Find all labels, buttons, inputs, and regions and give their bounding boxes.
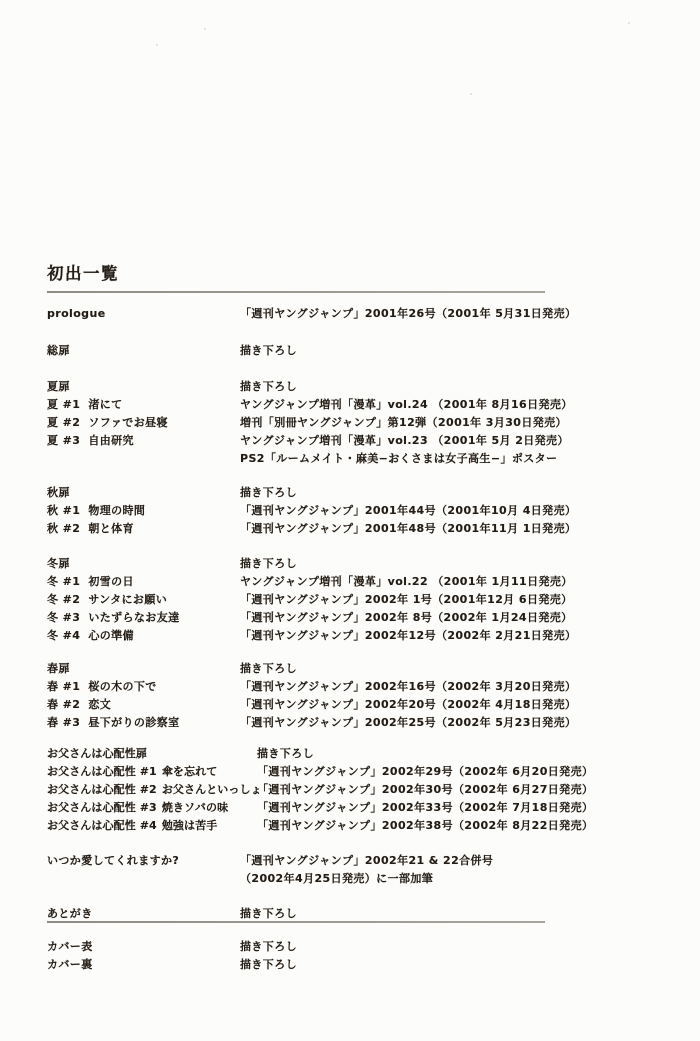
entry-label: お父さんは心配性扉 bbox=[47, 745, 147, 763]
entry-left-cell: prologue bbox=[47, 305, 240, 323]
entry-left-cell: お父さんは心配性 #4 勉強は苦手 bbox=[47, 817, 257, 835]
entry-label: 春 #1 bbox=[47, 678, 80, 696]
list-row: お父さんは心配性 #3 焼きソバの味 「週刊ヤングジャンプ」2002年33号（2… bbox=[47, 799, 547, 817]
entry-source: 「週刊ヤングジャンプ」2001年44号（2001年10月 4日発売） bbox=[240, 502, 547, 520]
source-line: 描き下ろし bbox=[240, 956, 547, 974]
scanned-book-page: 初出一覧 prologue 「週刊ヤングジャンプ」2001年26号（2001年 … bbox=[0, 0, 700, 1041]
source-line: 「週刊ヤングジャンプ」2001年26号（2001年 5月31日発売） bbox=[240, 305, 547, 323]
entry-source: 描き下ろし bbox=[240, 342, 547, 360]
source-line: 「週刊ヤングジャンプ」2002年 1号（2001年12月 6日発売） bbox=[240, 591, 547, 609]
source-line: ヤングジャンプ増刊「漫革」vol.23 （2001年 5月 2日発売） bbox=[240, 432, 547, 450]
list-row: 春 #1 桜の木の下で 「週刊ヤングジャンプ」2002年16号（2002年 3月… bbox=[47, 678, 547, 696]
list-row: 春 #2 恋文 「週刊ヤングジャンプ」2002年20号（2002年 4月18日発… bbox=[47, 696, 547, 714]
entry-source: 描き下ろし bbox=[240, 660, 547, 678]
entry-left-cell: お父さんは心配性扉 bbox=[47, 745, 257, 763]
entry-label: 冬 #2 bbox=[47, 591, 80, 609]
entry-left-cell: カバー裏 bbox=[47, 956, 240, 974]
entry-source: ヤングジャンプ増刊「漫革」vol.22 （2001年 1月11日発売） bbox=[240, 573, 547, 591]
entry-left-cell: あとがき bbox=[47, 905, 240, 923]
source-line: 「週刊ヤングジャンプ」2001年48号（2001年11月 1日発売） bbox=[240, 520, 547, 538]
entry-subtitle: 初雪の日 bbox=[88, 573, 134, 591]
source-line: （2002年4月25日発売）に一部加筆 bbox=[240, 870, 547, 888]
entry-label: お父さんは心配性 #3 bbox=[47, 799, 157, 817]
list-group: 冬扉 描き下ろし 冬 #1 初雪の日 ヤングジャンプ増刊「漫革」vol.22 （… bbox=[47, 555, 547, 645]
source-line: 描き下ろし bbox=[240, 938, 547, 956]
entry-source: 描き下ろし bbox=[240, 378, 547, 396]
source-line: 「週刊ヤングジャンプ」2001年44号（2001年10月 4日発売） bbox=[240, 502, 547, 520]
entry-label: 夏 #3 bbox=[47, 432, 80, 450]
entry-left-cell: 冬 #3 いたずらなお友達 bbox=[47, 609, 240, 627]
entry-left-cell: 冬 #1 初雪の日 bbox=[47, 573, 240, 591]
list-group: prologue 「週刊ヤングジャンプ」2001年26号（2001年 5月31日… bbox=[47, 305, 547, 323]
source-line: PS2「ルームメイト・麻美−おくさまは女子高生−」ポスター bbox=[240, 450, 547, 468]
page-title: 初出一覧 bbox=[47, 264, 547, 284]
list-row: いつか愛してくれますか? 「週刊ヤングジャンプ」2002年21 & 22合併号（… bbox=[47, 852, 547, 888]
entry-source: 増刊「別冊ヤングジャンプ」第12弾（2001年 3月30日発売） bbox=[240, 414, 547, 432]
list-row: 冬 #4 心の準備 「週刊ヤングジャンプ」2002年12号（2002年 2月21… bbox=[47, 627, 547, 645]
source-line: 増刊「別冊ヤングジャンプ」第12弾（2001年 3月30日発売） bbox=[240, 414, 547, 432]
list-row: あとがき 描き下ろし bbox=[47, 905, 547, 923]
source-line: 「週刊ヤングジャンプ」2002年20号（2002年 4月18日発売） bbox=[240, 696, 547, 714]
entry-left-cell: 夏 #2 ソファでお昼寝 bbox=[47, 414, 240, 432]
source-line: 描き下ろし bbox=[240, 660, 547, 678]
entry-source: 「週刊ヤングジャンプ」2002年20号（2002年 4月18日発売） bbox=[240, 696, 547, 714]
entry-subtitle: 恋文 bbox=[88, 696, 111, 714]
list-group: 総扉 描き下ろし bbox=[47, 342, 547, 360]
source-line: 「週刊ヤングジャンプ」2002年30号（2002年 6月27日発売） bbox=[257, 781, 547, 799]
entry-label: 夏 #2 bbox=[47, 414, 80, 432]
list-row: カバー表 描き下ろし bbox=[47, 938, 547, 956]
entry-label: 春 #2 bbox=[47, 696, 80, 714]
title-divider bbox=[47, 291, 545, 293]
entry-label: 冬扉 bbox=[47, 555, 70, 573]
entry-label: prologue bbox=[47, 305, 106, 323]
entry-source: 描き下ろし bbox=[257, 745, 547, 763]
source-line: ヤングジャンプ増刊「漫革」vol.22 （2001年 1月11日発売） bbox=[240, 573, 547, 591]
list-row: prologue 「週刊ヤングジャンプ」2001年26号（2001年 5月31日… bbox=[47, 305, 547, 323]
entry-source: 「週刊ヤングジャンプ」2002年33号（2002年 7月18日発売） bbox=[257, 799, 547, 817]
list-footer: カバー表 描き下ろし カバー裏 描き下ろし bbox=[47, 938, 547, 974]
entry-source: 「週刊ヤングジャンプ」2002年25号（2002年 5月23日発売） bbox=[240, 714, 547, 732]
entry-subtitle: ソファでお昼寝 bbox=[88, 414, 168, 432]
list-row: 夏 #3 自由研究 ヤングジャンプ増刊「漫革」vol.23 （2001年 5月 … bbox=[47, 432, 547, 468]
entry-source: 描き下ろし bbox=[240, 484, 547, 502]
source-line: 描き下ろし bbox=[240, 342, 547, 360]
entry-label: お父さんは心配性 #1 bbox=[47, 763, 157, 781]
source-line: 「週刊ヤングジャンプ」2002年25号（2002年 5月23日発売） bbox=[240, 714, 547, 732]
entry-subtitle: 勉強は苦手 bbox=[162, 817, 218, 835]
scan-speck bbox=[204, 28, 206, 30]
list-row: 総扉 描き下ろし bbox=[47, 342, 547, 360]
entry-label: 冬 #1 bbox=[47, 573, 80, 591]
entry-left-cell: 秋 #2 朝と体育 bbox=[47, 520, 240, 538]
entry-label: 夏 #1 bbox=[47, 396, 80, 414]
list-group: 秋扉 描き下ろし 秋 #1 物理の時間 「週刊ヤングジャンプ」2001年44号（… bbox=[47, 484, 547, 538]
entry-label: 冬 #3 bbox=[47, 609, 80, 627]
entry-left-cell: 夏 #1 渚にて bbox=[47, 396, 240, 414]
list-row: 秋 #1 物理の時間 「週刊ヤングジャンプ」2001年44号（2001年10月 … bbox=[47, 502, 547, 520]
entry-label: いつか愛してくれますか? bbox=[47, 852, 179, 870]
list-row: 冬扉 描き下ろし bbox=[47, 555, 547, 573]
entry-left-cell: 夏扉 bbox=[47, 378, 240, 396]
list-row: お父さんは心配性扉 描き下ろし bbox=[47, 745, 547, 763]
entry-label: 秋扉 bbox=[47, 484, 70, 502]
entry-left-cell: 春扉 bbox=[47, 660, 240, 678]
entry-left-cell: カバー表 bbox=[47, 938, 240, 956]
entry-subtitle: 昼下がりの診察室 bbox=[88, 714, 179, 732]
list-group: あとがき 描き下ろし bbox=[47, 905, 547, 923]
entry-source: ヤングジャンプ増刊「漫革」vol.24 （2001年 8月16日発売） bbox=[240, 396, 547, 414]
entry-subtitle: いたずらなお友達 bbox=[88, 609, 179, 627]
entry-left-cell: 秋 #1 物理の時間 bbox=[47, 502, 240, 520]
entry-left-cell: 冬扉 bbox=[47, 555, 240, 573]
source-line: 「週刊ヤングジャンプ」2002年21 & 22合併号 bbox=[240, 852, 547, 870]
list-group: 夏扉 描き下ろし 夏 #1 渚にて ヤングジャンプ増刊「漫革」vol.24 （2… bbox=[47, 378, 547, 468]
entry-label: 総扉 bbox=[47, 342, 70, 360]
entry-left-cell: 春 #2 恋文 bbox=[47, 696, 240, 714]
entry-left-cell: 秋扉 bbox=[47, 484, 240, 502]
entry-source: 描き下ろし bbox=[240, 938, 547, 956]
source-line: 「週刊ヤングジャンプ」2002年16号（2002年 3月20日発売） bbox=[240, 678, 547, 696]
entry-label: 夏扉 bbox=[47, 378, 70, 396]
entry-label: カバー裏 bbox=[47, 956, 93, 974]
source-line: 描き下ろし bbox=[240, 378, 547, 396]
list-row: 春 #3 昼下がりの診察室 「週刊ヤングジャンプ」2002年25号（2002年 … bbox=[47, 714, 547, 732]
list-row: 夏 #2 ソファでお昼寝 増刊「別冊ヤングジャンプ」第12弾（2001年 3月3… bbox=[47, 414, 547, 432]
source-line: 「週刊ヤングジャンプ」2002年29号（2002年 6月20日発売） bbox=[257, 763, 547, 781]
list-row: 夏 #1 渚にて ヤングジャンプ増刊「漫革」vol.24 （2001年 8月16… bbox=[47, 396, 547, 414]
list-row: 冬 #3 いたずらなお友達 「週刊ヤングジャンプ」2002年 8号（2002年 … bbox=[47, 609, 547, 627]
list-row: カバー裏 描き下ろし bbox=[47, 956, 547, 974]
entry-source: 「週刊ヤングジャンプ」2002年16号（2002年 3月20日発売） bbox=[240, 678, 547, 696]
list-row: お父さんは心配性 #4 勉強は苦手 「週刊ヤングジャンプ」2002年38号（20… bbox=[47, 817, 547, 835]
scan-speck bbox=[628, 22, 630, 24]
list-group: 春扉 描き下ろし 春 #1 桜の木の下で 「週刊ヤングジャンプ」2002年16号… bbox=[47, 660, 547, 732]
entry-subtitle: 傘を忘れて bbox=[162, 763, 218, 781]
source-line: 「週刊ヤングジャンプ」2002年12号（2002年 2月21日発売） bbox=[240, 627, 547, 645]
entry-subtitle: お父さんといっしょ bbox=[162, 781, 262, 799]
entry-source: 描き下ろし bbox=[240, 555, 547, 573]
source-line: 「週刊ヤングジャンプ」2002年38号（2002年 8月22日発売） bbox=[257, 817, 547, 835]
entry-label: 秋 #2 bbox=[47, 520, 80, 538]
entry-subtitle: 桜の木の下で bbox=[88, 678, 156, 696]
entry-source: 描き下ろし bbox=[240, 905, 547, 923]
entry-left-cell: 春 #1 桜の木の下で bbox=[47, 678, 240, 696]
entry-label: 春 #3 bbox=[47, 714, 80, 732]
entry-label: あとがき bbox=[47, 905, 93, 923]
entry-subtitle: サンタにお願い bbox=[88, 591, 167, 609]
entry-left-cell: お父さんは心配性 #2 お父さんといっしょ bbox=[47, 781, 257, 799]
entry-subtitle: 焼きソバの味 bbox=[162, 799, 228, 817]
entry-left-cell: 総扉 bbox=[47, 342, 240, 360]
entry-source: 「週刊ヤングジャンプ」2002年30号（2002年 6月27日発売） bbox=[257, 781, 547, 799]
list-row: 秋扉 描き下ろし bbox=[47, 484, 547, 502]
list-body: prologue 「週刊ヤングジャンプ」2001年26号（2001年 5月31日… bbox=[47, 305, 547, 923]
scan-speck bbox=[156, 44, 158, 46]
source-line: 「週刊ヤングジャンプ」2002年 8号（2002年 1月24日発売） bbox=[240, 609, 547, 627]
source-line: 描き下ろし bbox=[240, 555, 547, 573]
entry-source: 「週刊ヤングジャンプ」2001年48号（2001年11月 1日発売） bbox=[240, 520, 547, 538]
scan-speck bbox=[470, 93, 472, 95]
entry-left-cell: 冬 #4 心の準備 bbox=[47, 627, 240, 645]
entry-source: ヤングジャンプ増刊「漫革」vol.23 （2001年 5月 2日発売）PS2「ル… bbox=[240, 432, 547, 468]
entry-subtitle: 渚にて bbox=[88, 396, 122, 414]
entry-source: 描き下ろし bbox=[240, 956, 547, 974]
entry-source: 「週刊ヤングジャンプ」2002年38号（2002年 8月22日発売） bbox=[257, 817, 547, 835]
source-line: 描き下ろし bbox=[240, 484, 547, 502]
list-row: お父さんは心配性 #1 傘を忘れて 「週刊ヤングジャンプ」2002年29号（20… bbox=[47, 763, 547, 781]
source-line: ヤングジャンプ増刊「漫革」vol.24 （2001年 8月16日発売） bbox=[240, 396, 547, 414]
entry-left-cell: 春 #3 昼下がりの診察室 bbox=[47, 714, 240, 732]
list-row: 冬 #1 初雪の日 ヤングジャンプ増刊「漫革」vol.22 （2001年 1月1… bbox=[47, 573, 547, 591]
list-row: 夏扉 描き下ろし bbox=[47, 378, 547, 396]
entry-label: お父さんは心配性 #4 bbox=[47, 817, 157, 835]
entry-source: 「週刊ヤングジャンプ」2002年 1号（2001年12月 6日発売） bbox=[240, 591, 547, 609]
source-line: 描き下ろし bbox=[240, 905, 547, 923]
entry-left-cell: お父さんは心配性 #3 焼きソバの味 bbox=[47, 799, 257, 817]
entry-subtitle: 自由研究 bbox=[88, 432, 134, 450]
entry-label: 冬 #4 bbox=[47, 627, 80, 645]
list-row: お父さんは心配性 #2 お父さんといっしょ 「週刊ヤングジャンプ」2002年30… bbox=[47, 781, 547, 799]
list-row: 冬 #2 サンタにお願い 「週刊ヤングジャンプ」2002年 1号（2001年12… bbox=[47, 591, 547, 609]
publication-index: 初出一覧 prologue 「週刊ヤングジャンプ」2001年26号（2001年 … bbox=[47, 264, 547, 974]
list-group: カバー表 描き下ろし カバー裏 描き下ろし bbox=[47, 938, 547, 974]
entry-subtitle: 心の準備 bbox=[88, 627, 134, 645]
entry-source: 「週刊ヤングジャンプ」2001年26号（2001年 5月31日発売） bbox=[240, 305, 547, 323]
entry-left-cell: 夏 #3 自由研究 bbox=[47, 432, 240, 450]
entry-label: カバー表 bbox=[47, 938, 93, 956]
source-line: 「週刊ヤングジャンプ」2002年33号（2002年 7月18日発売） bbox=[257, 799, 547, 817]
entry-left-cell: 冬 #2 サンタにお願い bbox=[47, 591, 240, 609]
entry-label: 秋 #1 bbox=[47, 502, 80, 520]
entry-source: 「週刊ヤングジャンプ」2002年12号（2002年 2月21日発売） bbox=[240, 627, 547, 645]
entry-source: 「週刊ヤングジャンプ」2002年 8号（2002年 1月24日発売） bbox=[240, 609, 547, 627]
list-row: 秋 #2 朝と体育 「週刊ヤングジャンプ」2001年48号（2001年11月 1… bbox=[47, 520, 547, 538]
entry-left-cell: お父さんは心配性 #1 傘を忘れて bbox=[47, 763, 257, 781]
entry-subtitle: 物理の時間 bbox=[88, 502, 145, 520]
entry-subtitle: 朝と体育 bbox=[88, 520, 134, 538]
list-group: お父さんは心配性扉 描き下ろし お父さんは心配性 #1 傘を忘れて 「週刊ヤング… bbox=[47, 745, 547, 835]
entry-label: 春扉 bbox=[47, 660, 70, 678]
entry-left-cell: いつか愛してくれますか? bbox=[47, 852, 240, 870]
entry-label: お父さんは心配性 #2 bbox=[47, 781, 157, 799]
entry-source: 「週刊ヤングジャンプ」2002年29号（2002年 6月20日発売） bbox=[257, 763, 547, 781]
list-group: いつか愛してくれますか? 「週刊ヤングジャンプ」2002年21 & 22合併号（… bbox=[47, 852, 547, 888]
source-line: 描き下ろし bbox=[257, 745, 547, 763]
entry-source: 「週刊ヤングジャンプ」2002年21 & 22合併号（2002年4月25日発売）… bbox=[240, 852, 547, 888]
list-row: 春扉 描き下ろし bbox=[47, 660, 547, 678]
